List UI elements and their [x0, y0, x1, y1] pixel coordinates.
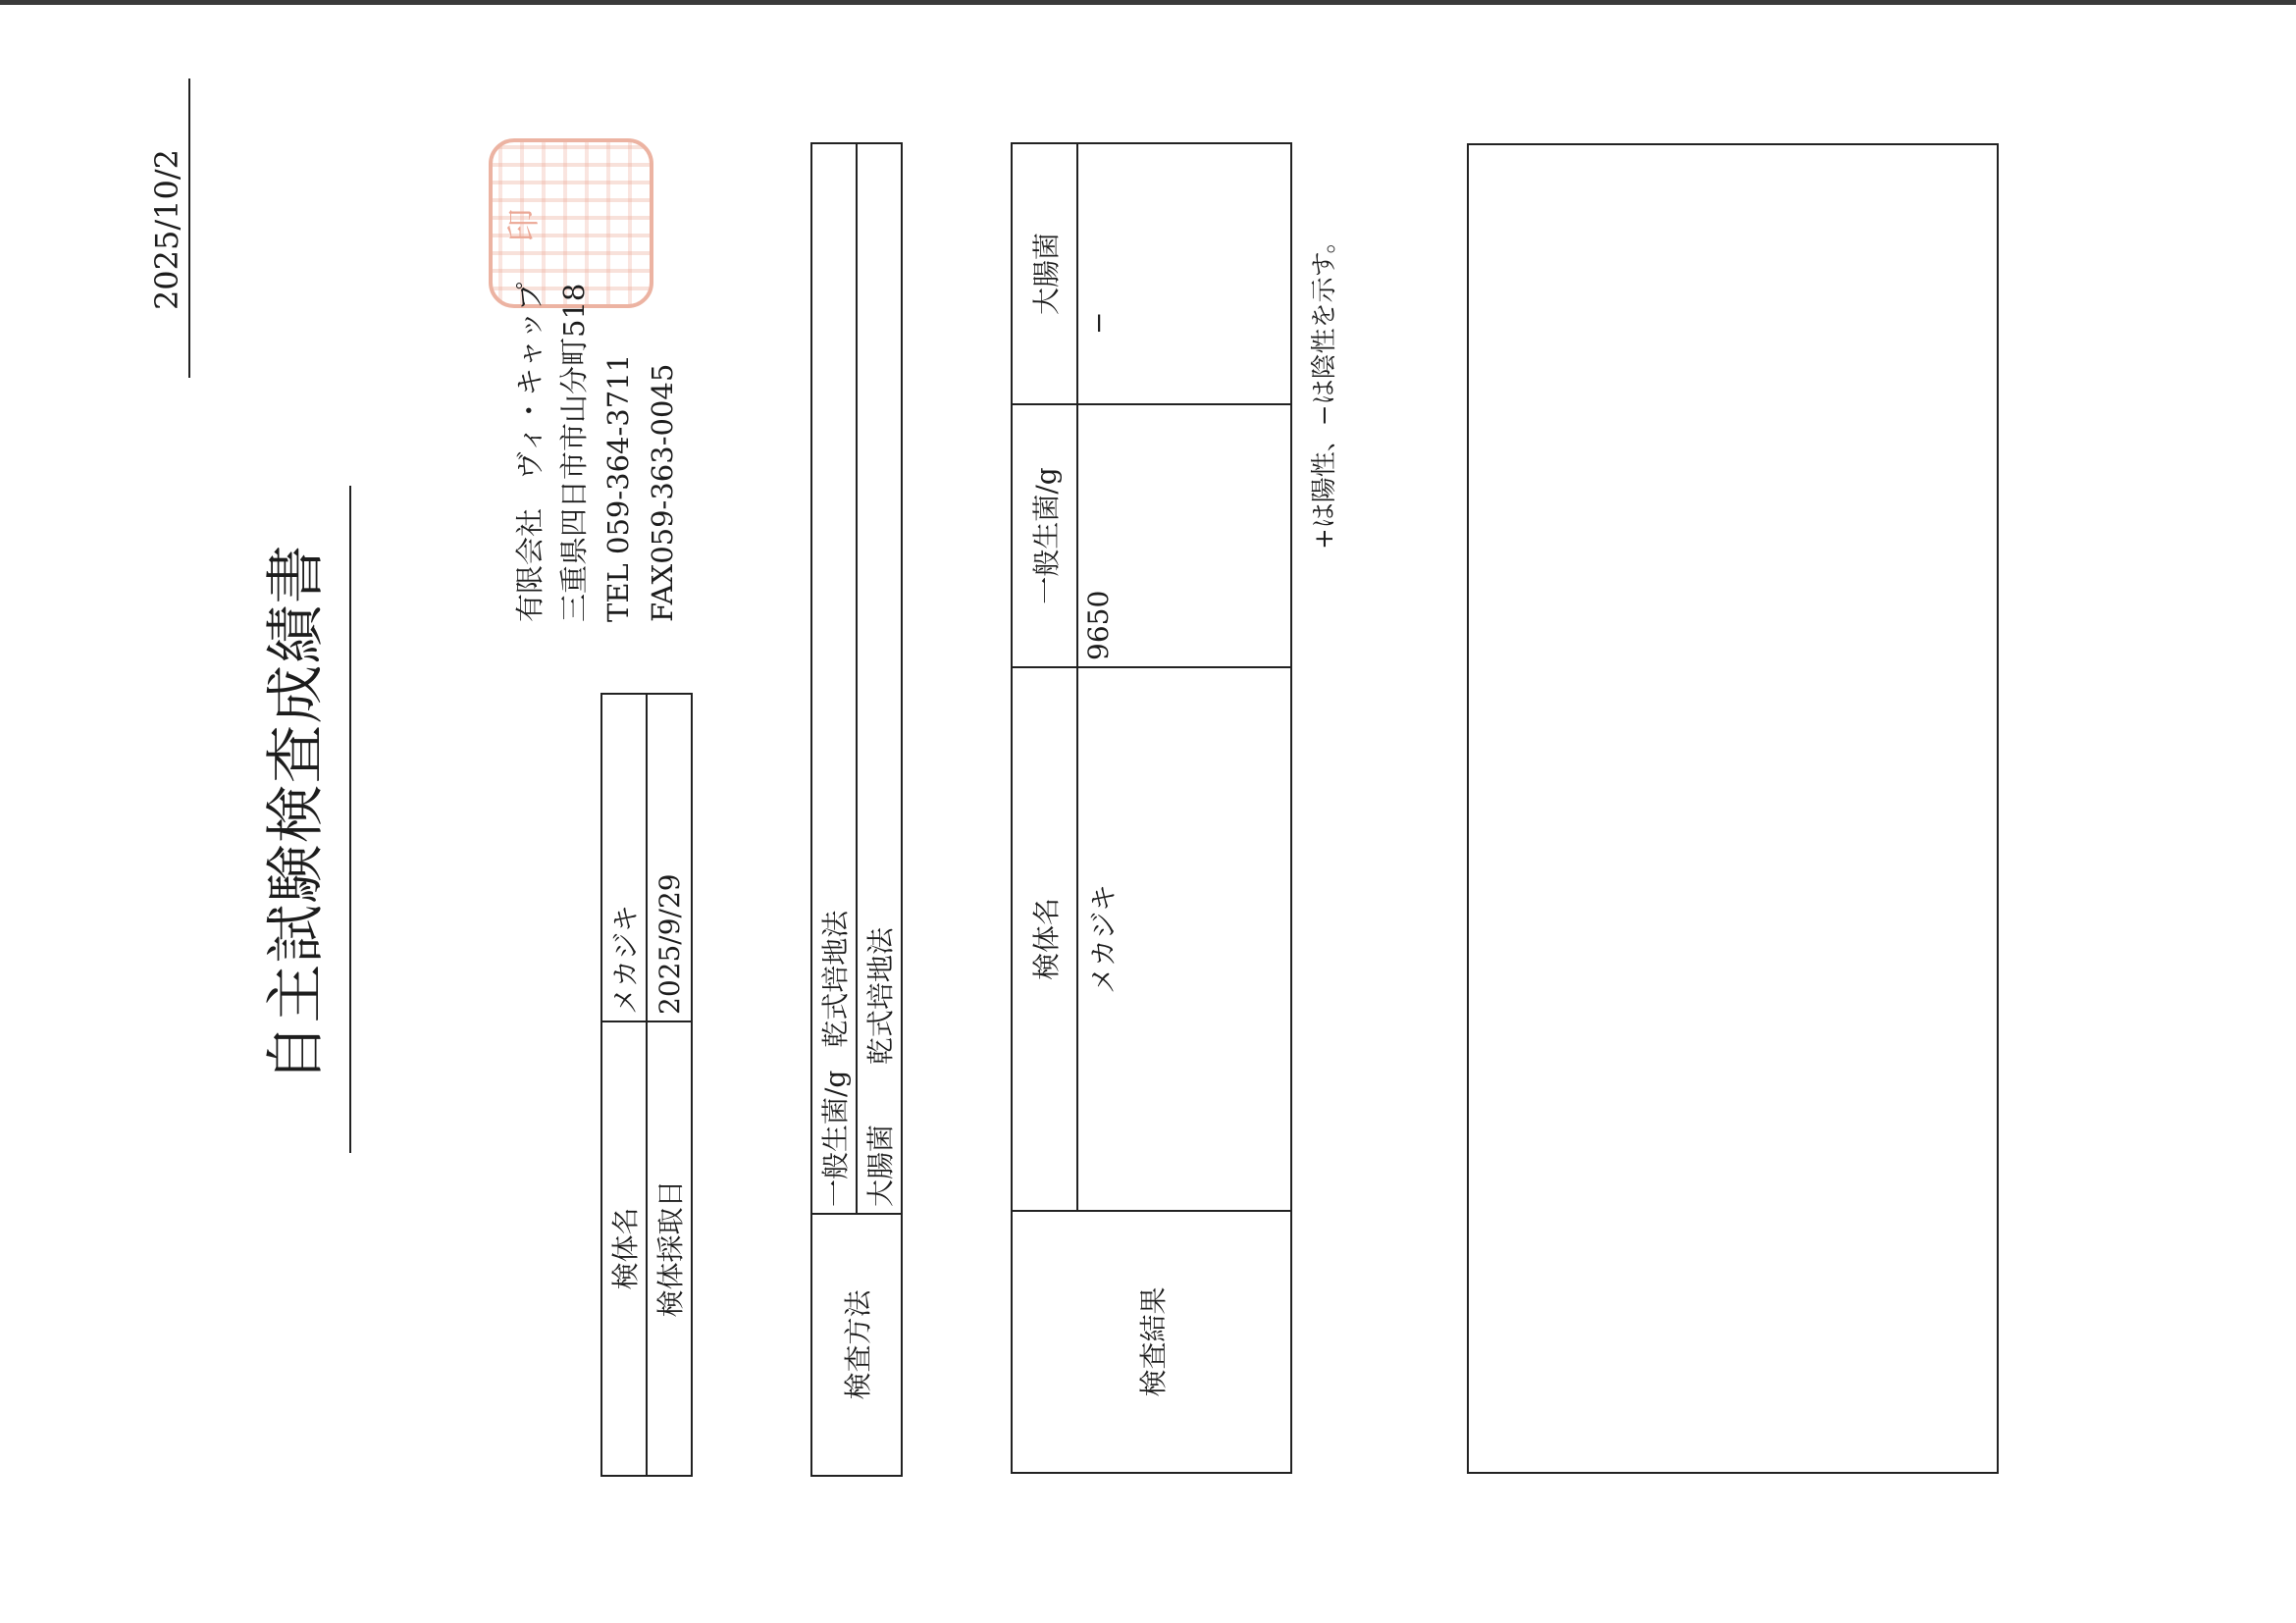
results-header-row: 検査結果 検体名 一般生菌/g 大腸菌 [1012, 143, 1077, 1473]
company-info: 有限会社 ヴィ・キャップ 三重県四日市市山分町518 TEL 059-364-3… [508, 151, 685, 622]
table-row: 検査方法 一般生菌/g 乾式培地法 [811, 143, 857, 1476]
company-fax: FAX059-363-0045 [641, 151, 685, 622]
sample-name-value: メカジキ [601, 694, 647, 1021]
method-item: 大腸菌 [864, 1125, 897, 1207]
company-name: 有限会社 ヴィ・キャップ [508, 151, 552, 622]
results-header-e-coli: 大腸菌 [1012, 143, 1077, 404]
method-label: 検査方法 [811, 1214, 902, 1476]
results-e-coli-value: − [1077, 143, 1291, 404]
title-underline [349, 486, 351, 1153]
document-title: 自主試験検査成績書 [257, 514, 336, 1113]
table-row: 検体名 メカジキ [601, 694, 647, 1476]
inspection-report-page: 2025/10/2 自主試験検査成績書 印 有限会社 ヴィ・キャップ 三重県四日… [0, 0, 2296, 1623]
results-general-bacteria-value: 9650 [1077, 404, 1291, 667]
sampling-date-value: 2025/9/29 [647, 694, 692, 1021]
results-sample-name: メカジキ [1077, 667, 1291, 1211]
results-header-general-bacteria: 一般生菌/g [1012, 404, 1077, 667]
sampling-date-label: 検体採取日 [647, 1021, 692, 1476]
issue-date-underline [188, 79, 190, 378]
results-header-sample: 検体名 [1012, 667, 1077, 1211]
sample-info-table: 検体名 メカジキ 検体採取日 2025/9/29 [600, 693, 693, 1477]
table-row: 検体採取日 2025/9/29 [647, 694, 692, 1476]
remarks-box [1467, 143, 1999, 1474]
method-item: 一般生菌/g [819, 1071, 852, 1207]
company-tel: TEL 059-364-3711 [597, 151, 641, 622]
method-name: 乾式培地法 [864, 927, 897, 1065]
issue-date: 2025/10/2 [145, 141, 188, 318]
legend-note: +は陽性、−は陰性を示す。 [1305, 177, 1344, 550]
results-label: 検査結果 [1012, 1211, 1291, 1473]
sample-name-label: 検体名 [601, 1021, 647, 1476]
method-name: 乾式培地法 [819, 911, 852, 1048]
method-row: 一般生菌/g 乾式培地法 [811, 143, 857, 1214]
company-address: 三重県四日市市山分町518 [552, 151, 597, 622]
results-table: 検査結果 検体名 一般生菌/g 大腸菌 メカジキ 9650 − [1011, 142, 1292, 1474]
method-row: 大腸菌 乾式培地法 [857, 143, 902, 1214]
method-table: 検査方法 一般生菌/g 乾式培地法 大腸菌 乾式培地法 [810, 142, 903, 1477]
